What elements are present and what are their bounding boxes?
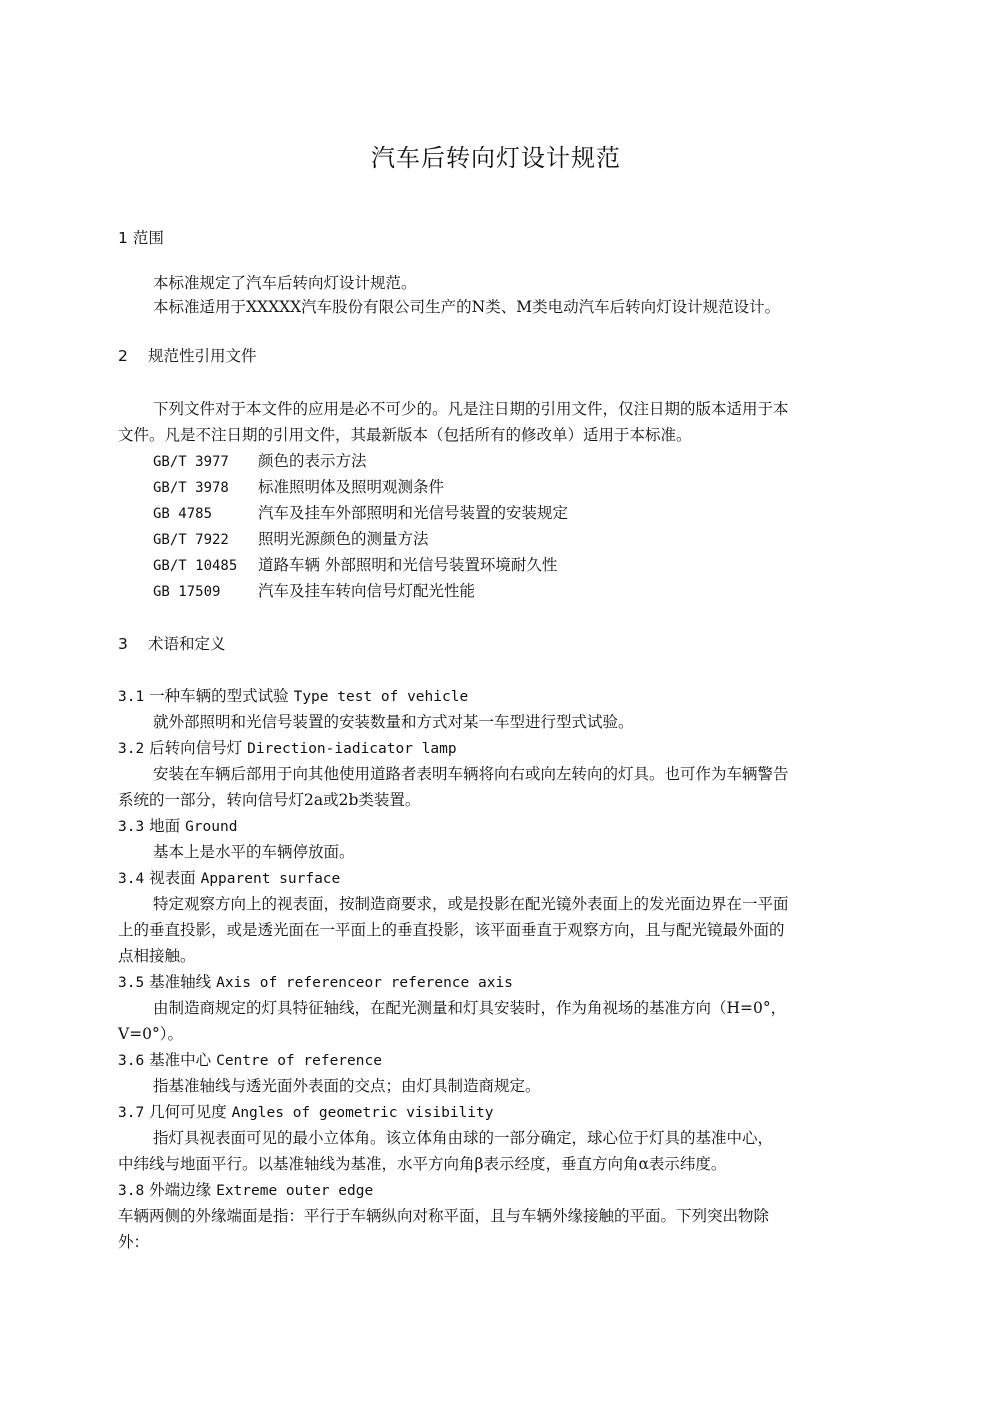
term-english: Type test of vehicle bbox=[294, 689, 469, 705]
reference-code: GB 17509 bbox=[153, 579, 258, 605]
paragraph: 本标准规定了汽车后转向灯设计规范。 bbox=[153, 270, 417, 296]
reference-item: GB/T 3978标准照明体及照明观测条件 bbox=[153, 474, 444, 501]
reference-item: GB/T 3977颜色的表示方法 bbox=[153, 448, 367, 475]
reference-title: 道路车辆 外部照明和光信号装置环境耐久性 bbox=[258, 556, 557, 574]
term-definition: 车辆两侧的外缘端面是指：平行于车辆纵向对称平面，且与车辆外缘接触的平面。下列突出… bbox=[118, 1203, 769, 1229]
term-number: 3.6 bbox=[118, 1053, 144, 1069]
term-definition: 系统的一部分，转向信号灯2a或2b类装置。 bbox=[118, 787, 420, 813]
term-english: Centre of reference bbox=[216, 1053, 382, 1069]
reference-code: GB/T 3977 bbox=[153, 449, 258, 475]
term-heading: 3.7 几何可见度 Angles of geometric visibility bbox=[118, 1099, 494, 1126]
reference-title: 颜色的表示方法 bbox=[258, 452, 367, 470]
term-definition: 就外部照明和光信号装置的安装数量和方式对某一车型进行型式试验。 bbox=[153, 709, 634, 735]
term-name: 一种车辆的型式试验 bbox=[149, 687, 289, 705]
term-number: 3.2 bbox=[118, 741, 144, 757]
term-heading: 3.6 基准中心 Centre of reference bbox=[118, 1047, 382, 1074]
document-title: 汽车后转向灯设计规范 bbox=[0, 140, 992, 176]
term-name: 基准中心 bbox=[149, 1051, 211, 1069]
reference-title: 照明光源颜色的测量方法 bbox=[258, 530, 429, 548]
term-name: 几何可见度 bbox=[149, 1103, 227, 1121]
term-definition: 基本上是水平的车辆停放面。 bbox=[153, 839, 355, 865]
term-definition: 指灯具视表面可见的最小立体角。该立体角由球的一部分确定，球心位于灯具的基准中心， bbox=[153, 1125, 773, 1151]
reference-code: GB 4785 bbox=[153, 501, 258, 527]
reference-code: GB/T 3978 bbox=[153, 475, 258, 501]
term-heading: 3.8 外端边缘 Extreme outer edge bbox=[118, 1177, 373, 1204]
reference-title: 汽车及挂车外部照明和光信号装置的安装规定 bbox=[258, 504, 568, 522]
section-title: 术语和定义 bbox=[148, 635, 226, 653]
term-english: Extreme outer edge bbox=[216, 1183, 373, 1199]
section-title: 范围 bbox=[133, 229, 164, 247]
term-number: 3.4 bbox=[118, 871, 144, 887]
section-number: 2 bbox=[118, 343, 148, 369]
paragraph: 本标准适用于XXXXX汽车股份有限公司生产的N类、M类电动汽车后转向灯设计规范设… bbox=[153, 294, 780, 320]
term-name: 外端边缘 bbox=[149, 1181, 211, 1199]
reference-title: 标准照明体及照明观测条件 bbox=[258, 478, 444, 496]
term-definition: 特定观察方向上的视表面，按制造商要求，或是投影在配光镜外表面上的发光面边界在一平… bbox=[153, 891, 789, 917]
term-english: Direction-iadicator lamp bbox=[247, 741, 457, 757]
term-heading: 3.1 一种车辆的型式试验 Type test of vehicle bbox=[118, 683, 468, 710]
term-number: 3.1 bbox=[118, 689, 144, 705]
reference-title: 汽车及挂车转向信号灯配光性能 bbox=[258, 582, 475, 600]
term-english: Angles of geometric visibility bbox=[232, 1105, 494, 1121]
term-definition: 中纬线与地面平行。以基准轴线为基准，水平方向角β表示经度，垂直方向角α表示纬度。 bbox=[118, 1151, 726, 1177]
term-definition: 外： bbox=[118, 1229, 149, 1255]
term-definition: 安装在车辆后部用于向其他使用道路者表明车辆将向右或向左转向的灯具。也可作为车辆警… bbox=[153, 761, 789, 787]
paragraph-line: 文件。凡是不注日期的引用文件，其最新版本（包括所有的修改单）适用于本标准。 bbox=[118, 422, 692, 448]
term-definition: 上的垂直投影，或是透光面在一平面上的垂直投影，该平面垂直于观察方向，且与配光镜最… bbox=[118, 917, 785, 943]
section-number: 1 bbox=[118, 229, 128, 247]
term-name: 视表面 bbox=[149, 869, 196, 887]
section-1-heading: 1 范围 bbox=[118, 225, 164, 251]
term-definition: 点相接触。 bbox=[118, 943, 196, 969]
term-english: Apparent surface bbox=[201, 871, 341, 887]
term-heading: 3.5 基准轴线 Axis of referenceor reference a… bbox=[118, 969, 513, 996]
term-name: 地面 bbox=[149, 817, 180, 835]
term-definition: 由制造商规定的灯具特征轴线，在配光测量和灯具安装时，作为角视场的基准方向（H=0… bbox=[153, 995, 786, 1021]
term-english: Axis of referenceor reference axis bbox=[216, 975, 513, 991]
paragraph-line: 下列文件对于本文件的应用是必不可少的。凡是注日期的引用文件，仅注日期的版本适用于… bbox=[153, 396, 789, 422]
term-number: 3.7 bbox=[118, 1105, 144, 1121]
term-definition: V=0°）。 bbox=[118, 1021, 183, 1047]
section-title: 规范性引用文件 bbox=[148, 347, 257, 365]
reference-code: GB/T 10485 bbox=[153, 553, 258, 579]
term-heading: 3.4 视表面 Apparent surface bbox=[118, 865, 340, 892]
reference-item: GB 17509汽车及挂车转向信号灯配光性能 bbox=[153, 578, 475, 605]
term-english: Ground bbox=[185, 819, 237, 835]
term-number: 3.8 bbox=[118, 1183, 144, 1199]
document-page: 汽车后转向灯设计规范 1 范围 本标准规定了汽车后转向灯设计规范。 本标准适用于… bbox=[0, 0, 992, 1403]
section-number: 3 bbox=[118, 631, 148, 657]
reference-code: GB/T 7922 bbox=[153, 527, 258, 553]
term-number: 3.3 bbox=[118, 819, 144, 835]
term-heading: 3.2 后转向信号灯 Direction-iadicator lamp bbox=[118, 735, 457, 762]
term-definition: 指基准轴线与透光面外表面的交点；由灯具制造商规定。 bbox=[153, 1073, 541, 1099]
reference-item: GB/T 7922照明光源颜色的测量方法 bbox=[153, 526, 429, 553]
term-number: 3.5 bbox=[118, 975, 144, 991]
term-heading: 3.3 地面 Ground bbox=[118, 813, 237, 840]
term-name: 后转向信号灯 bbox=[149, 739, 242, 757]
term-name: 基准轴线 bbox=[149, 973, 211, 991]
reference-item: GB 4785汽车及挂车外部照明和光信号装置的安装规定 bbox=[153, 500, 568, 527]
reference-item: GB/T 10485道路车辆 外部照明和光信号装置环境耐久性 bbox=[153, 552, 557, 579]
section-3-heading: 3术语和定义 bbox=[118, 631, 226, 657]
section-2-heading: 2规范性引用文件 bbox=[118, 343, 257, 369]
